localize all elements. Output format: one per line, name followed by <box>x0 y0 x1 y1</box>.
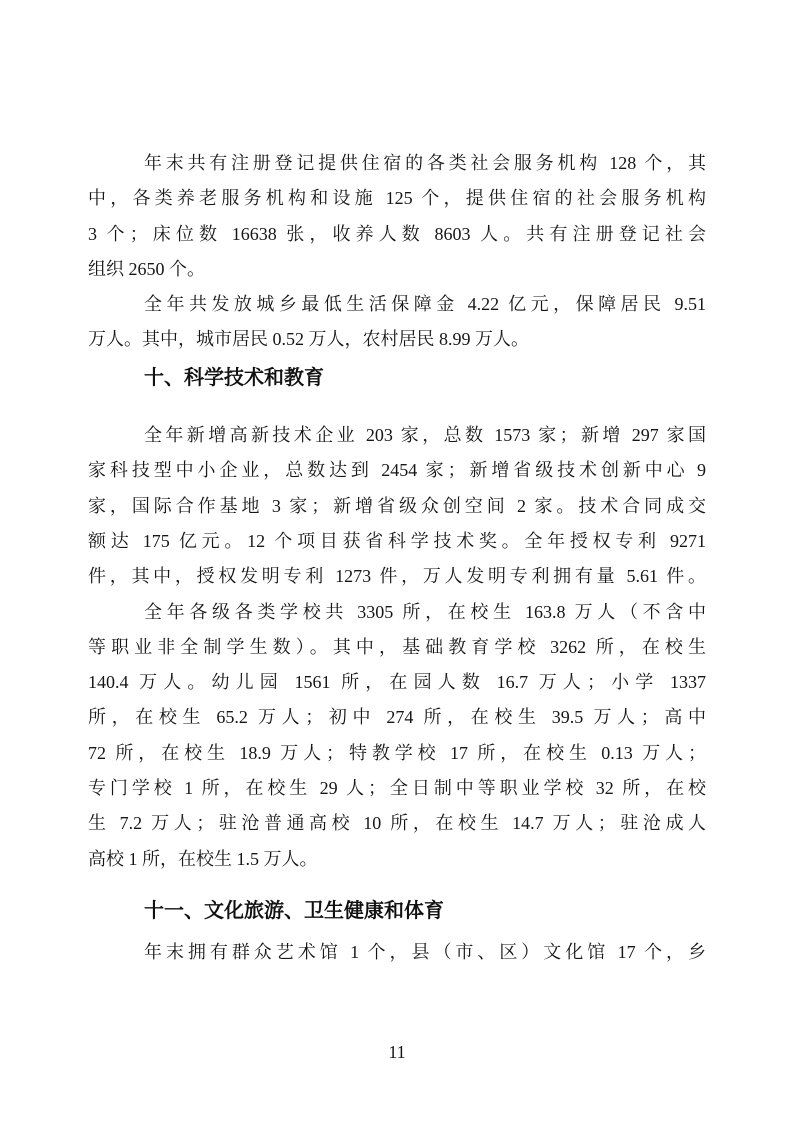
section-heading-culture-tourism-health-sports: 十一、文化旅游、卫生健康和体育 <box>88 894 706 929</box>
paragraph-line: 件，其中，授权发明专利 1273 件，万人发明专利拥有量 5.61 件。 <box>88 559 706 594</box>
paragraph-line: 140.4 万人。幼儿园 1561 所，在园人数 16.7 万人；小学 1337 <box>88 665 706 700</box>
paragraph-line: 家，国际合作基地 3 家；新增省级众创空间 2 家。技术合同成交 <box>88 489 706 524</box>
paragraph-line: 生 7.2 万人；驻沧普通高校 10 所，在校生 14.7 万人；驻沧成人 <box>88 806 706 841</box>
paragraph-line: 3 个；床位数 16638 张，收养人数 8603 人。共有注册登记社会 <box>88 217 706 252</box>
paragraph-line: 年末共有注册登记提供住宿的各类社会服务机构 128 个，其 <box>88 146 706 181</box>
document-page: 年末共有注册登记提供住宿的各类社会服务机构 128 个，其 中，各类养老服务机构… <box>0 0 794 1123</box>
subsistence-allowance-paragraph: 全年共发放城乡最低生活保障金 4.22 亿元，保障居民 9.51 万人。其中，城… <box>88 287 706 358</box>
paragraph-line: 额达 175 亿元。12 个项目获省科学技术奖。全年授权专利 9271 <box>88 524 706 559</box>
paragraph-line: 家科技型中小企业，总数达到 2454 家；新增省级技术创新中心 9 <box>88 453 706 488</box>
science-technology-paragraph: 全年新增高新技术企业 203 家，总数 1573 家；新增 297 家国 家科技… <box>88 418 706 594</box>
paragraph-line: 72 所，在校生 18.9 万人；特教学校 17 所，在校生 0.13 万人； <box>88 736 706 771</box>
document-text: 年末共有注册登记提供住宿的各类社会服务机构 128 个，其 中，各类养老服务机构… <box>88 146 706 971</box>
paragraph-line: 专门学校 1 所，在校生 29 人；全日制中等职业学校 32 所，在校 <box>88 771 706 806</box>
paragraph-line: 年末拥有群众艺术馆 1 个，县（市、区）文化馆 17 个，乡 <box>88 935 706 970</box>
paragraph-line: 所，在校生 65.2 万人；初中 274 所，在校生 39.5 万人；高中 <box>88 700 706 735</box>
paragraph-line: 等职业非全制学生数）。其中，基础教育学校 3262 所，在校生 <box>88 630 706 665</box>
section-heading-science-technology-education: 十、科学技术和教育 <box>88 361 706 396</box>
paragraph-line: 万人。其中，城市居民 0.52 万人，农村居民 8.99 万人。 <box>88 322 706 357</box>
paragraph-line: 全年各级各类学校共 3305 所，在校生 163.8 万人（不含中 <box>88 595 706 630</box>
paragraph-line: 组织 2650 个。 <box>88 252 706 287</box>
page-number: 11 <box>0 1041 794 1063</box>
paragraph-line: 高校 1 所，在校生 1.5 万人。 <box>88 842 706 877</box>
culture-tourism-paragraph: 年末拥有群众艺术馆 1 个，县（市、区）文化馆 17 个，乡 <box>88 935 706 970</box>
social-service-organizations-paragraph: 年末共有注册登记提供住宿的各类社会服务机构 128 个，其 中，各类养老服务机构… <box>88 146 706 287</box>
paragraph-line: 中，各类养老服务机构和设施 125 个，提供住宿的社会服务机构 <box>88 181 706 216</box>
education-paragraph: 全年各级各类学校共 3305 所，在校生 163.8 万人（不含中 等职业非全制… <box>88 595 706 877</box>
paragraph-line: 全年共发放城乡最低生活保障金 4.22 亿元，保障居民 9.51 <box>88 287 706 322</box>
paragraph-line: 全年新增高新技术企业 203 家，总数 1573 家；新增 297 家国 <box>88 418 706 453</box>
